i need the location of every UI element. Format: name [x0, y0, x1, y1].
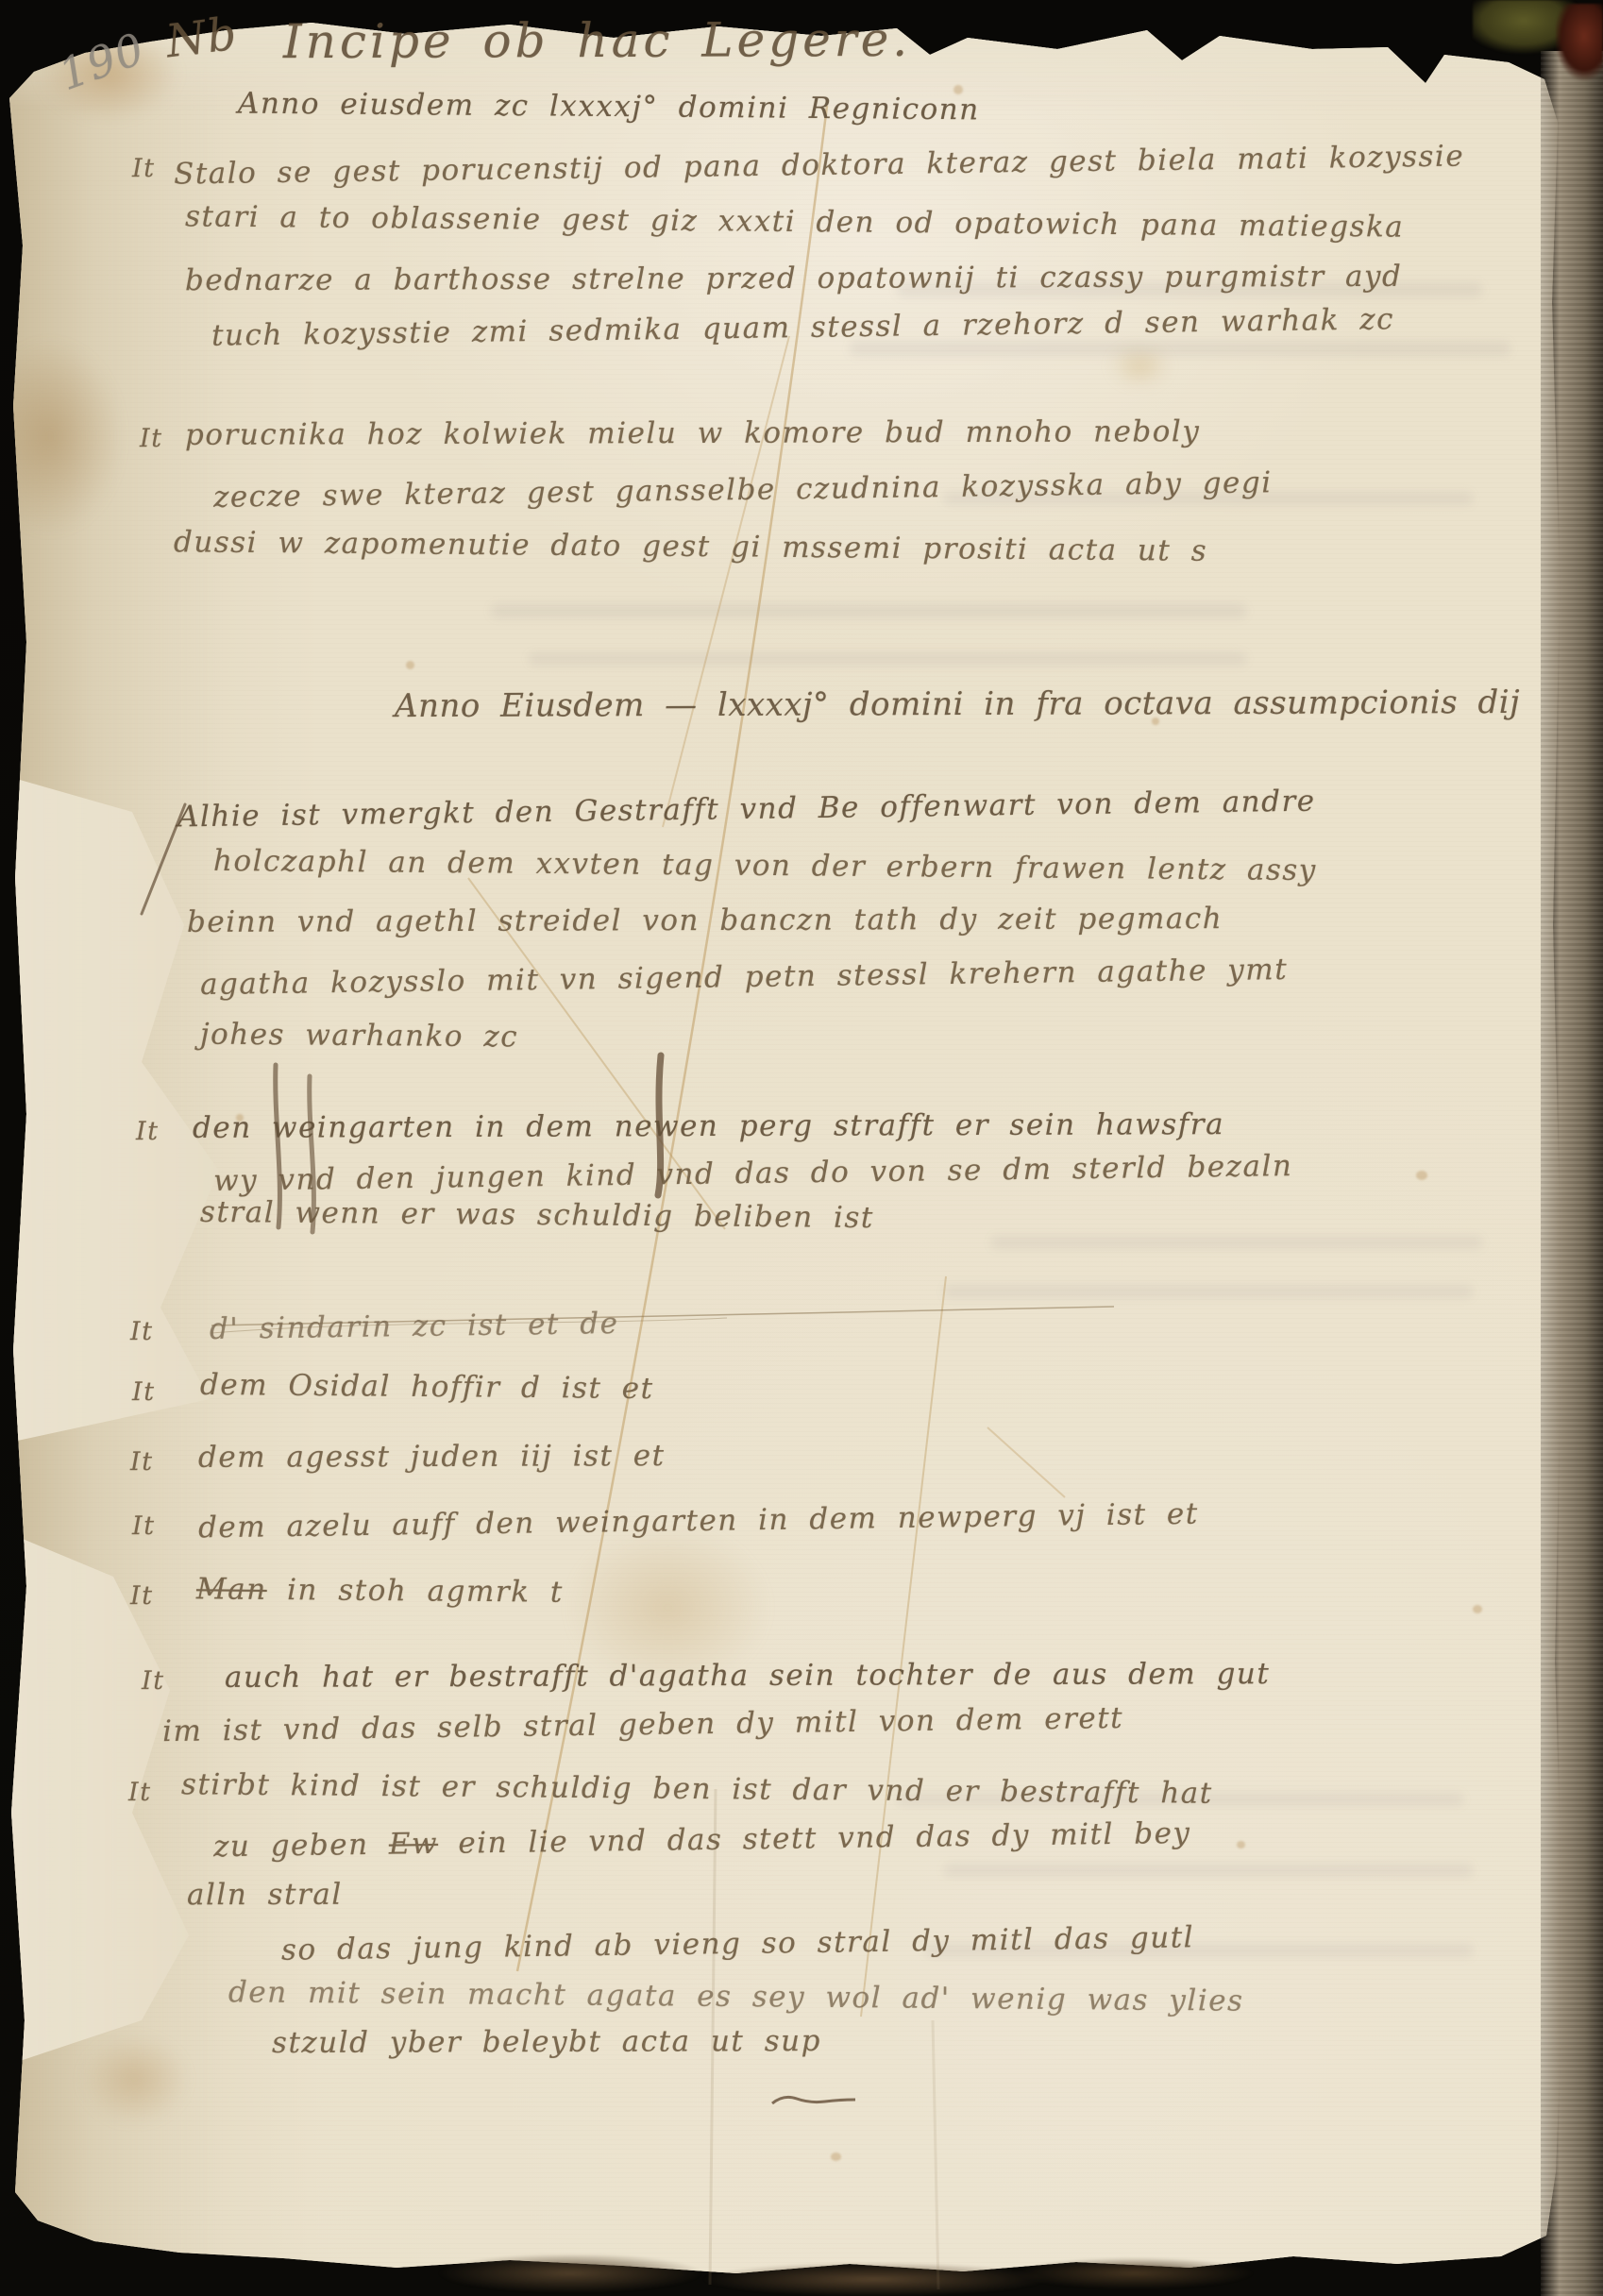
item-marker: It	[128, 1779, 152, 1807]
paragraph-line: beinn vnd agethl streidel von banczn tat…	[187, 903, 1223, 938]
paragraph-line: stral wenn er was schuldig beliben ist	[200, 1196, 874, 1234]
paragraph-line: bednarze a barthosse strelne przed opato…	[185, 261, 1402, 297]
paragraph-line: porucnika hoz kolwiek mielu w komore bud…	[185, 415, 1200, 451]
year-heading: Anno Eiusdem — lxxxxj° domini in fra oct…	[395, 685, 1520, 725]
item-marker: It	[132, 1378, 156, 1407]
paragraph-line: johes warhanko zc	[200, 1019, 518, 1054]
item-marker: It	[136, 1118, 160, 1146]
item-marker: It	[130, 1448, 154, 1477]
paragraph-line: auch hat er bestrafft d'agatha sein toch…	[225, 1658, 1270, 1694]
item-marker: It	[132, 155, 156, 183]
paragraph-line: alln stral	[187, 1879, 343, 1912]
end-flourish	[772, 2097, 855, 2103]
list-item-text: Man in stoh agmrk t	[196, 1573, 564, 1608]
list-item-text: dem Osidal hoffir d ist et	[200, 1369, 654, 1405]
manuscript-scan: 190 Nb Incipe ob hac Legere. Anno eiusde…	[0, 0, 1603, 2296]
item-marker: It	[142, 1667, 165, 1696]
paragraph-line: den weingarten in dem newen perg strafft…	[193, 1108, 1224, 1144]
struck-word: Ew	[389, 1827, 439, 1862]
item-marker: It	[132, 1512, 156, 1541]
date-line: Anno eiusdem zc lxxxxj° domini Regniconn	[238, 88, 980, 127]
line-prefix: zu geben	[213, 1828, 389, 1865]
title-line: Incipe ob hac Legere.	[283, 14, 911, 68]
list-item-text: d' sindarin zc ist et de	[210, 1308, 619, 1345]
struck-word: Man	[196, 1572, 267, 1607]
item-marker: It	[140, 425, 163, 453]
nota-mark: Nb	[163, 9, 241, 68]
list-item-text: dem agesst juden iij ist et	[198, 1440, 666, 1474]
paragraph-line: stzuld yber beleybt acta ut sup	[272, 2025, 821, 2059]
list-item-rest: in stoh agmrk t	[267, 1573, 564, 1610]
item-marker: It	[130, 1318, 154, 1346]
item-marker: It	[130, 1582, 154, 1611]
